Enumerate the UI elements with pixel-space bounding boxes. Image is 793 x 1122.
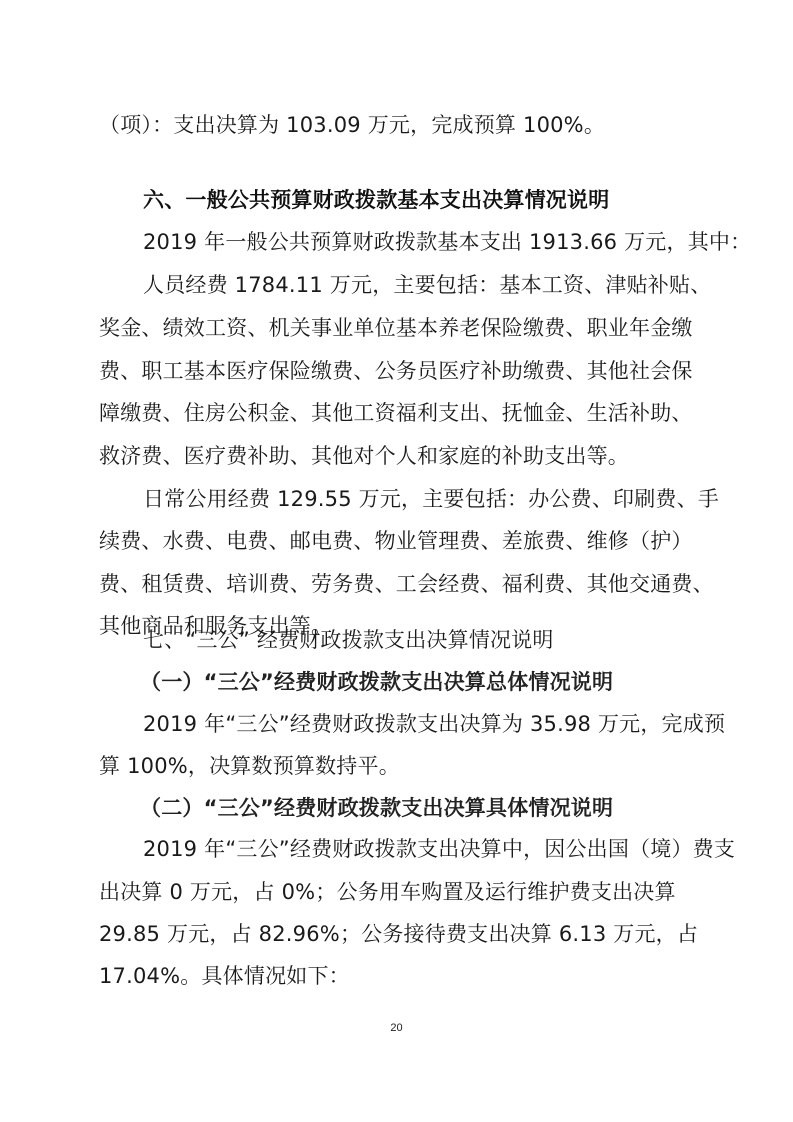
paragraph-line: 2019 年“三公”经费财政拨款支出决算为 35.98 万元，完成预: [143, 709, 699, 739]
paragraph-line: 费、租赁费、培训费、劳务费、工会经费、福利费、其他交通费、: [99, 569, 699, 599]
paragraph-line: 29.85 万元，占 82.96%；公务接待费支出决算 6.13 万元，占: [99, 919, 699, 949]
subsection-heading-2: （二）“三公”经费财政拨款支出决算具体情况说明: [140, 793, 740, 823]
paragraph-line: 2019 年一般公共预算财政拨款基本支出 1913.66 万元，其中：: [143, 227, 699, 257]
paragraph-line: 奖金、绩效工资、机关事业单位基本养老保险缴费、职业年金缴: [99, 313, 699, 343]
paragraph-line: 人员经费 1784.11 万元，主要包括：基本工资、津贴补贴、: [143, 270, 699, 300]
subsection-heading-1: （一）“三公”经费财政拨款支出决算总体情况说明: [140, 667, 740, 697]
paragraph-line: 出决算 0 万元，占 0%；公务用车购置及运行维护费支出决算: [99, 877, 699, 907]
paragraph-line: 续费、水费、电费、邮电费、物业管理费、差旅费、维修（护）: [99, 526, 699, 556]
paragraph-line: 日常公用经费 129.55 万元，主要包括：办公费、印刷费、手: [143, 484, 699, 514]
paragraph-line: 障缴费、住房公积金、其他工资福利支出、抚恤金、生活补助、: [99, 398, 699, 428]
section-heading-7: 七、“三公” 经费财政拨款支出决算情况说明: [143, 625, 699, 655]
paragraph-line: （项）：支出决算为 103.09 万元，完成预算 100%。: [99, 110, 699, 140]
page-number: 20: [0, 1022, 793, 1034]
paragraph-line: 2019 年“三公”经费财政拨款支出决算中，因公出国（境）费支: [143, 834, 699, 864]
paragraph-line: 算 100%，决算数预算数持平。: [99, 751, 699, 781]
paragraph-line: 救济费、医疗费补助、其他对个人和家庭的补助支出等。: [99, 441, 699, 471]
paragraph-line: 17.04%。具体情况如下：: [99, 961, 699, 991]
paragraph-line: 费、职工基本医疗保险缴费、公务员医疗补助缴费、其他社会保: [99, 356, 699, 386]
section-heading-6: 六、一般公共预算财政拨款基本支出决算情况说明: [143, 185, 699, 215]
